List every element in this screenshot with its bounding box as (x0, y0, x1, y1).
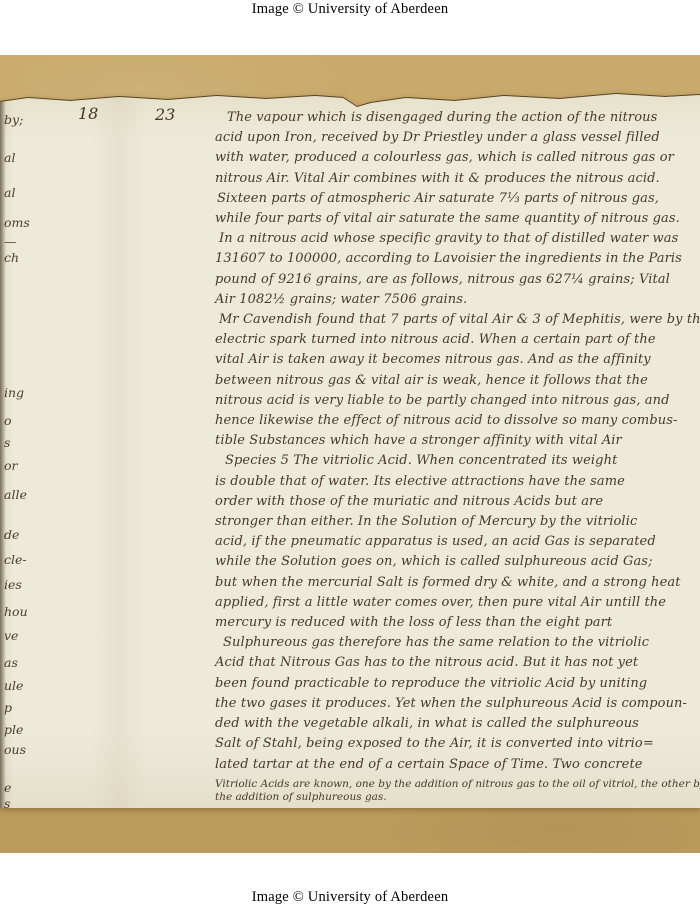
manuscript-text-line: with water, produced a colourless gas, w… (215, 148, 700, 168)
left-page-line-fragment: ing (4, 385, 24, 400)
manuscript-text-line: ded with the vegetable alkali, in what i… (215, 714, 700, 734)
left-page-line-fragment: de (4, 527, 19, 542)
left-page-line-fragment: ch (4, 250, 19, 265)
manuscript-text-line: tible Substances which have a stronger a… (215, 431, 700, 451)
page-number-right: 23 (155, 105, 175, 124)
manuscript-text-line: Sixteen parts of atmospheric Air saturat… (215, 189, 700, 209)
left-page-line-fragment: — (4, 234, 17, 249)
manuscript-text-line: nitrous acid is very liable to be partly… (215, 391, 700, 411)
left-page-line-fragment: al (4, 150, 15, 165)
manuscript-text-line: while four parts of vital air saturate t… (215, 209, 700, 229)
manuscript-text-line: stronger than either. In the Solution of… (215, 512, 700, 532)
left-page-line-fragment: ple (4, 722, 23, 737)
manuscript-text-line: Species 5 The vitriolic Acid. When conce… (215, 451, 700, 471)
scan-area: by;alaloms—chingosoralledecle-ieshouveas… (0, 55, 700, 853)
left-page-line-fragment: oms (4, 215, 30, 230)
left-page-line-fragment: hou (4, 604, 28, 619)
manuscript-text-line: The vapour which is disengaged during th… (215, 108, 700, 128)
manuscript-text-line: nitrous Air. Vital Air combines with it … (215, 169, 700, 189)
left-page-line-fragment: p (4, 700, 12, 715)
manuscript-text-line: hence likewise the effect of nitrous aci… (215, 411, 700, 431)
manuscript-text-line: acid, if the pneumatic apparatus is used… (215, 532, 700, 552)
manuscript-main-lines: The vapour which is disengaged during th… (215, 108, 700, 775)
manuscript-footnote-line: the addition of sulphureous gas. (215, 791, 700, 804)
manuscript-text-line: acid upon Iron, received by Dr Priestley… (215, 128, 700, 148)
left-page-line-fragment: ule (4, 678, 23, 693)
left-page-line-fragment: al (4, 185, 15, 200)
manuscript-text-line: Acid that Nitrous Gas has to the nitrous… (215, 653, 700, 673)
manuscript-text-line: In a nitrous acid whose specific gravity… (215, 229, 700, 249)
manuscript-text-line: mercury is reduced with the loss of less… (215, 613, 700, 633)
left-page-line-fragment: cle- (4, 552, 27, 567)
left-page-line-fragment: ies (4, 577, 22, 592)
manuscript-text-line: been found practicable to reproduce the … (215, 674, 700, 694)
manuscript-text-line: Air 1082½ grains; water 7506 grains. (215, 290, 700, 310)
manuscript-text-line: but when the mercurial Salt is formed dr… (215, 573, 700, 593)
manuscript-text-line: order with those of the muriatic and nit… (215, 492, 700, 512)
left-page-line-fragment: o (4, 413, 12, 428)
manuscript-text-line: is double that of water. Its elective at… (215, 472, 700, 492)
manuscript-text-line: applied, first a little water comes over… (215, 593, 700, 613)
left-page-line-fragment: ous (4, 742, 26, 757)
manuscript-text-line: Salt of Stahl, being exposed to the Air,… (215, 734, 700, 754)
left-page-line-fragment: ve (4, 628, 18, 643)
left-page-line-fragment: as (4, 655, 18, 670)
manuscript-text-line: Sulphureous gas therefore has the same r… (215, 633, 700, 653)
left-page-line-fragment: alle (4, 487, 27, 502)
manuscript-footnote-line: Vitriolic Acids are known, one by the ad… (215, 778, 700, 791)
manuscript-text-line: Mr Cavendish found that 7 parts of vital… (215, 310, 700, 330)
left-page-fragments: by;alaloms—chingosoralledecle-ieshouveas… (0, 92, 58, 808)
page-number-left: 18 (78, 104, 98, 123)
left-page-line-fragment: by; (4, 112, 23, 127)
manuscript-footnote-lines: Vitriolic Acids are known, one by the ad… (215, 778, 700, 804)
left-page-line-fragment: e (4, 780, 11, 795)
top-copyright-caption: Image © University of Aberdeen (0, 1, 700, 18)
left-page-line-fragment: or (4, 458, 18, 473)
manuscript-text-line: while the Solution goes on, which is cal… (215, 552, 700, 572)
manuscript-text-line: vital Air is taken away it becomes nitro… (215, 350, 700, 370)
bottom-copyright-caption: Image © University of Aberdeen (0, 889, 700, 906)
manuscript-text-line: lated tartar at the end of a certain Spa… (215, 755, 700, 775)
manuscript-text-line: the two gases it produces. Yet when the … (215, 694, 700, 714)
manuscript-text-line: between nitrous gas & vital air is weak,… (215, 371, 700, 391)
manuscript-text-line: 131607 to 100000, according to Lavoisier… (215, 249, 700, 269)
left-page-line-fragment: s (4, 796, 10, 811)
manuscript-text: The vapour which is disengaged during th… (215, 108, 700, 804)
manuscript-text-line: pound of 9216 grains, are as follows, ni… (215, 270, 700, 290)
screenshot-root: { "captions": { "top": "Image © Universi… (0, 0, 700, 910)
left-page-line-fragment: s (4, 435, 10, 450)
manuscript-text-line: electric spark turned into nitrous acid.… (215, 330, 700, 350)
manuscript-page: by;alaloms—chingosoralledecle-ieshouveas… (0, 92, 700, 808)
manuscript-paper-wrap: by;alaloms—chingosoralledecle-ieshouveas… (0, 92, 700, 808)
